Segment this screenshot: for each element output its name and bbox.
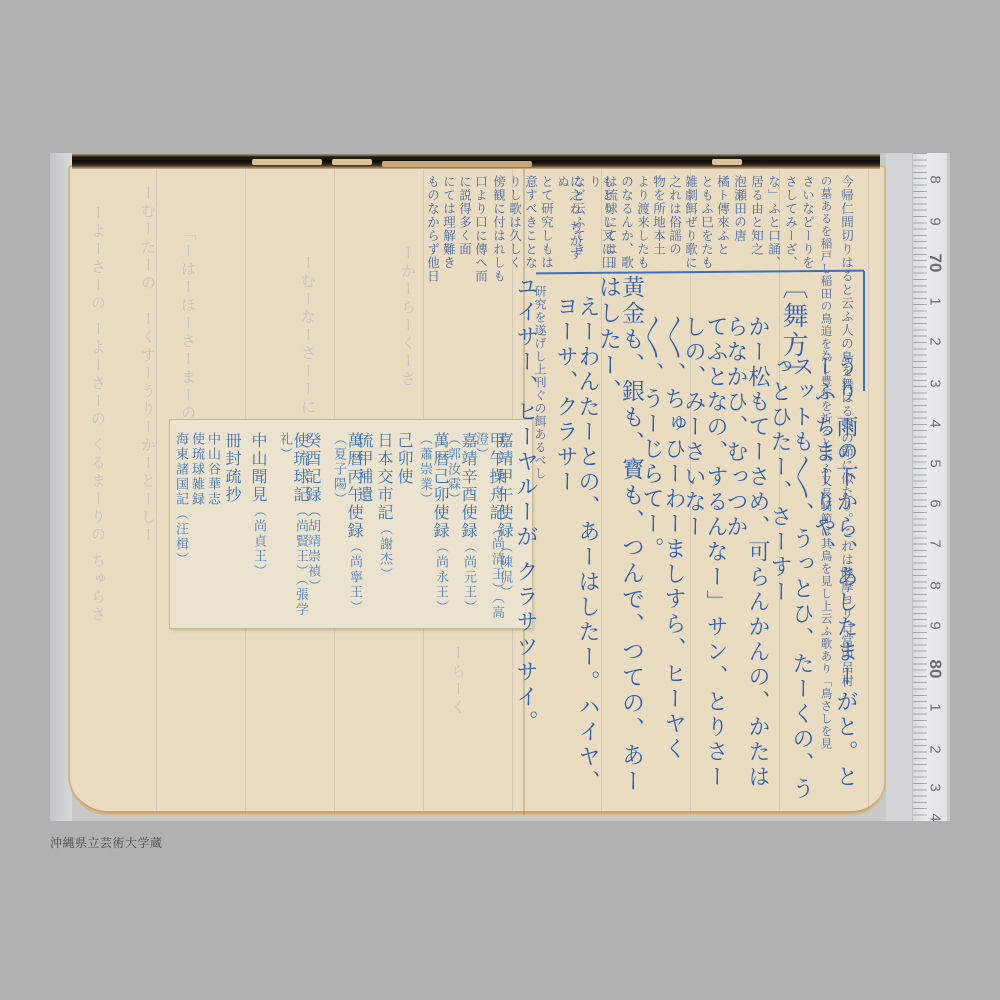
collection-credit-caption: 沖縄県立芸術大学蔵 [50, 834, 163, 851]
bleed-through-text: ーらーく [448, 645, 469, 805]
annotation-note: りし歌は久しく [508, 175, 521, 270]
pasted-reference-card: 嘉靖甲午使録（陳侃） 甲午操舟記（尚清王）（高澄） 嘉靖辛酉使録（尚元王）（郭汝… [170, 420, 532, 628]
annotation-note: に之れ ちがすぬ [556, 175, 581, 270]
annotation-note: 口より口に傳へ而 [474, 175, 487, 285]
annotation-note: 之れは俗謡の [668, 175, 681, 270]
lyric-line: 〳〵、ちゅひーわーましすら、ヒーヤく〳〵、うーじらてー。 [640, 315, 684, 805]
annotation-note: 雑劇餌ぜり歌に [684, 175, 697, 270]
ruler-label: 8 [927, 168, 944, 192]
annotation-note: に説得多く面 [458, 175, 471, 285]
ruler-label: 1 [927, 290, 944, 314]
ruler-label: 6 [927, 492, 944, 516]
annotation-note: より渡来したも [636, 175, 649, 270]
annotation-note: 物を所地本土 [652, 175, 665, 270]
annotation-note: もとりし又は囗り [588, 175, 613, 270]
card-entry: 海東諸国記（汪楫） [174, 432, 187, 567]
card-entry: 中山聞見（尚貞王） [250, 432, 266, 579]
card-entry: 己卯使 [396, 432, 412, 486]
ruler-label: 5 [927, 452, 944, 476]
annotation-note: ともふ巳をたも [700, 175, 713, 270]
lyric-line: てふとなの、するんなー」サン、とりさーしの、みーさいなー [682, 315, 726, 805]
lyric-line: ユイサー、ヒーヤルーが クラサツサイ。 [514, 275, 536, 805]
ruler-label: 1 [927, 696, 944, 720]
lyric-line: えーわんたーとの、あーはしたー。ハイヤ、ヨーサ、クラサー [554, 295, 598, 805]
annotation-note: ものなからず他日 [426, 175, 439, 285]
ruler-label: 4 [927, 412, 944, 436]
card-entry: 萬暦丙午使録（尚寧王）（夏子陽） [330, 432, 362, 628]
annotation-note: にては理解難き [442, 175, 455, 285]
card-entry: 日本交市記（謝杰） [376, 432, 392, 582]
ruler-label: 8 [927, 574, 944, 598]
notebook-spread: ーよーさーの ーよーさーの くるまーりの ちゅらさ ーむーたーの ーくすーうりー… [68, 165, 886, 815]
card-entry: 冊封疏抄 [224, 432, 240, 504]
ruler-label: 9 [927, 210, 944, 234]
ruler-label: 3 [927, 372, 944, 396]
divider-line-vertical [863, 271, 865, 391]
annotation-note: とて研究しもは [540, 175, 553, 270]
lyric-line: かー松もてーさめ、可らんかんの、かたはらなかひ、むっつか [724, 315, 768, 805]
bleed-through-text: ーよーさーの ーよーさーの くるまーりの ちゅらさ [88, 205, 109, 765]
measuring-ruler: 8 9 70 1 2 3 4 5 6 7 8 9 80 1 2 3 4 [912, 153, 947, 821]
document-photograph: ーよーさーの ーよーさーの くるまーりの ちゅらさ ーむーたーの ーくすーうりー… [50, 153, 950, 821]
ruler-label: 9 [927, 614, 944, 638]
annotation-note: 傍観に付はれしも [492, 175, 505, 285]
backing-board-right [886, 153, 912, 821]
ruler-label: 7 [927, 532, 944, 556]
ruler-label: 4 [927, 806, 944, 830]
annotation-note: 居る由と知之 [750, 175, 763, 270]
annotation-note: 泡瀬田の唐 [733, 175, 746, 270]
ruler-label: 2 [927, 330, 944, 354]
ruler-label: 70 [925, 251, 945, 275]
card-entry: 萬暦己卯使録（尚永王）（蕭崇業） [416, 432, 448, 628]
card-entry: 使琉球雑録 [190, 432, 203, 507]
ruler-label: 2 [927, 738, 944, 762]
notebook-binding-spine [72, 153, 880, 169]
lyric-line: うり 雨の下から、あしたまーがと。とーふ ちまーりや、 [812, 355, 856, 805]
card-entry: 中山谷華志 [206, 432, 219, 507]
annotation-note: さいなどーりを [801, 175, 814, 270]
annotation-note: さしてみーざ、 [784, 175, 797, 270]
annotation-note: 意すべきことな [524, 175, 537, 270]
lyric-line: 黄金も、銀も、寳も、つんで、つての、あーはしたー、 [596, 275, 642, 805]
card-entry: 使琉球記（尚賢王）（張学礼） [276, 432, 308, 628]
ruler-label: 3 [927, 776, 944, 800]
lyric-line: スットも〳〵、うっとひ、たーくの、うっとひたー、さーすー [768, 355, 812, 805]
annotation-note: 橘ト傳來ふと [716, 175, 729, 270]
bleed-through-text: ーむーたーの ーくすーうりーかーとーしー [138, 185, 159, 745]
ruler-label: 80 [925, 657, 945, 681]
annotation-note: な」ふと口誦、 [767, 175, 780, 270]
annotation-note: のなるんか、歌 [620, 175, 633, 270]
